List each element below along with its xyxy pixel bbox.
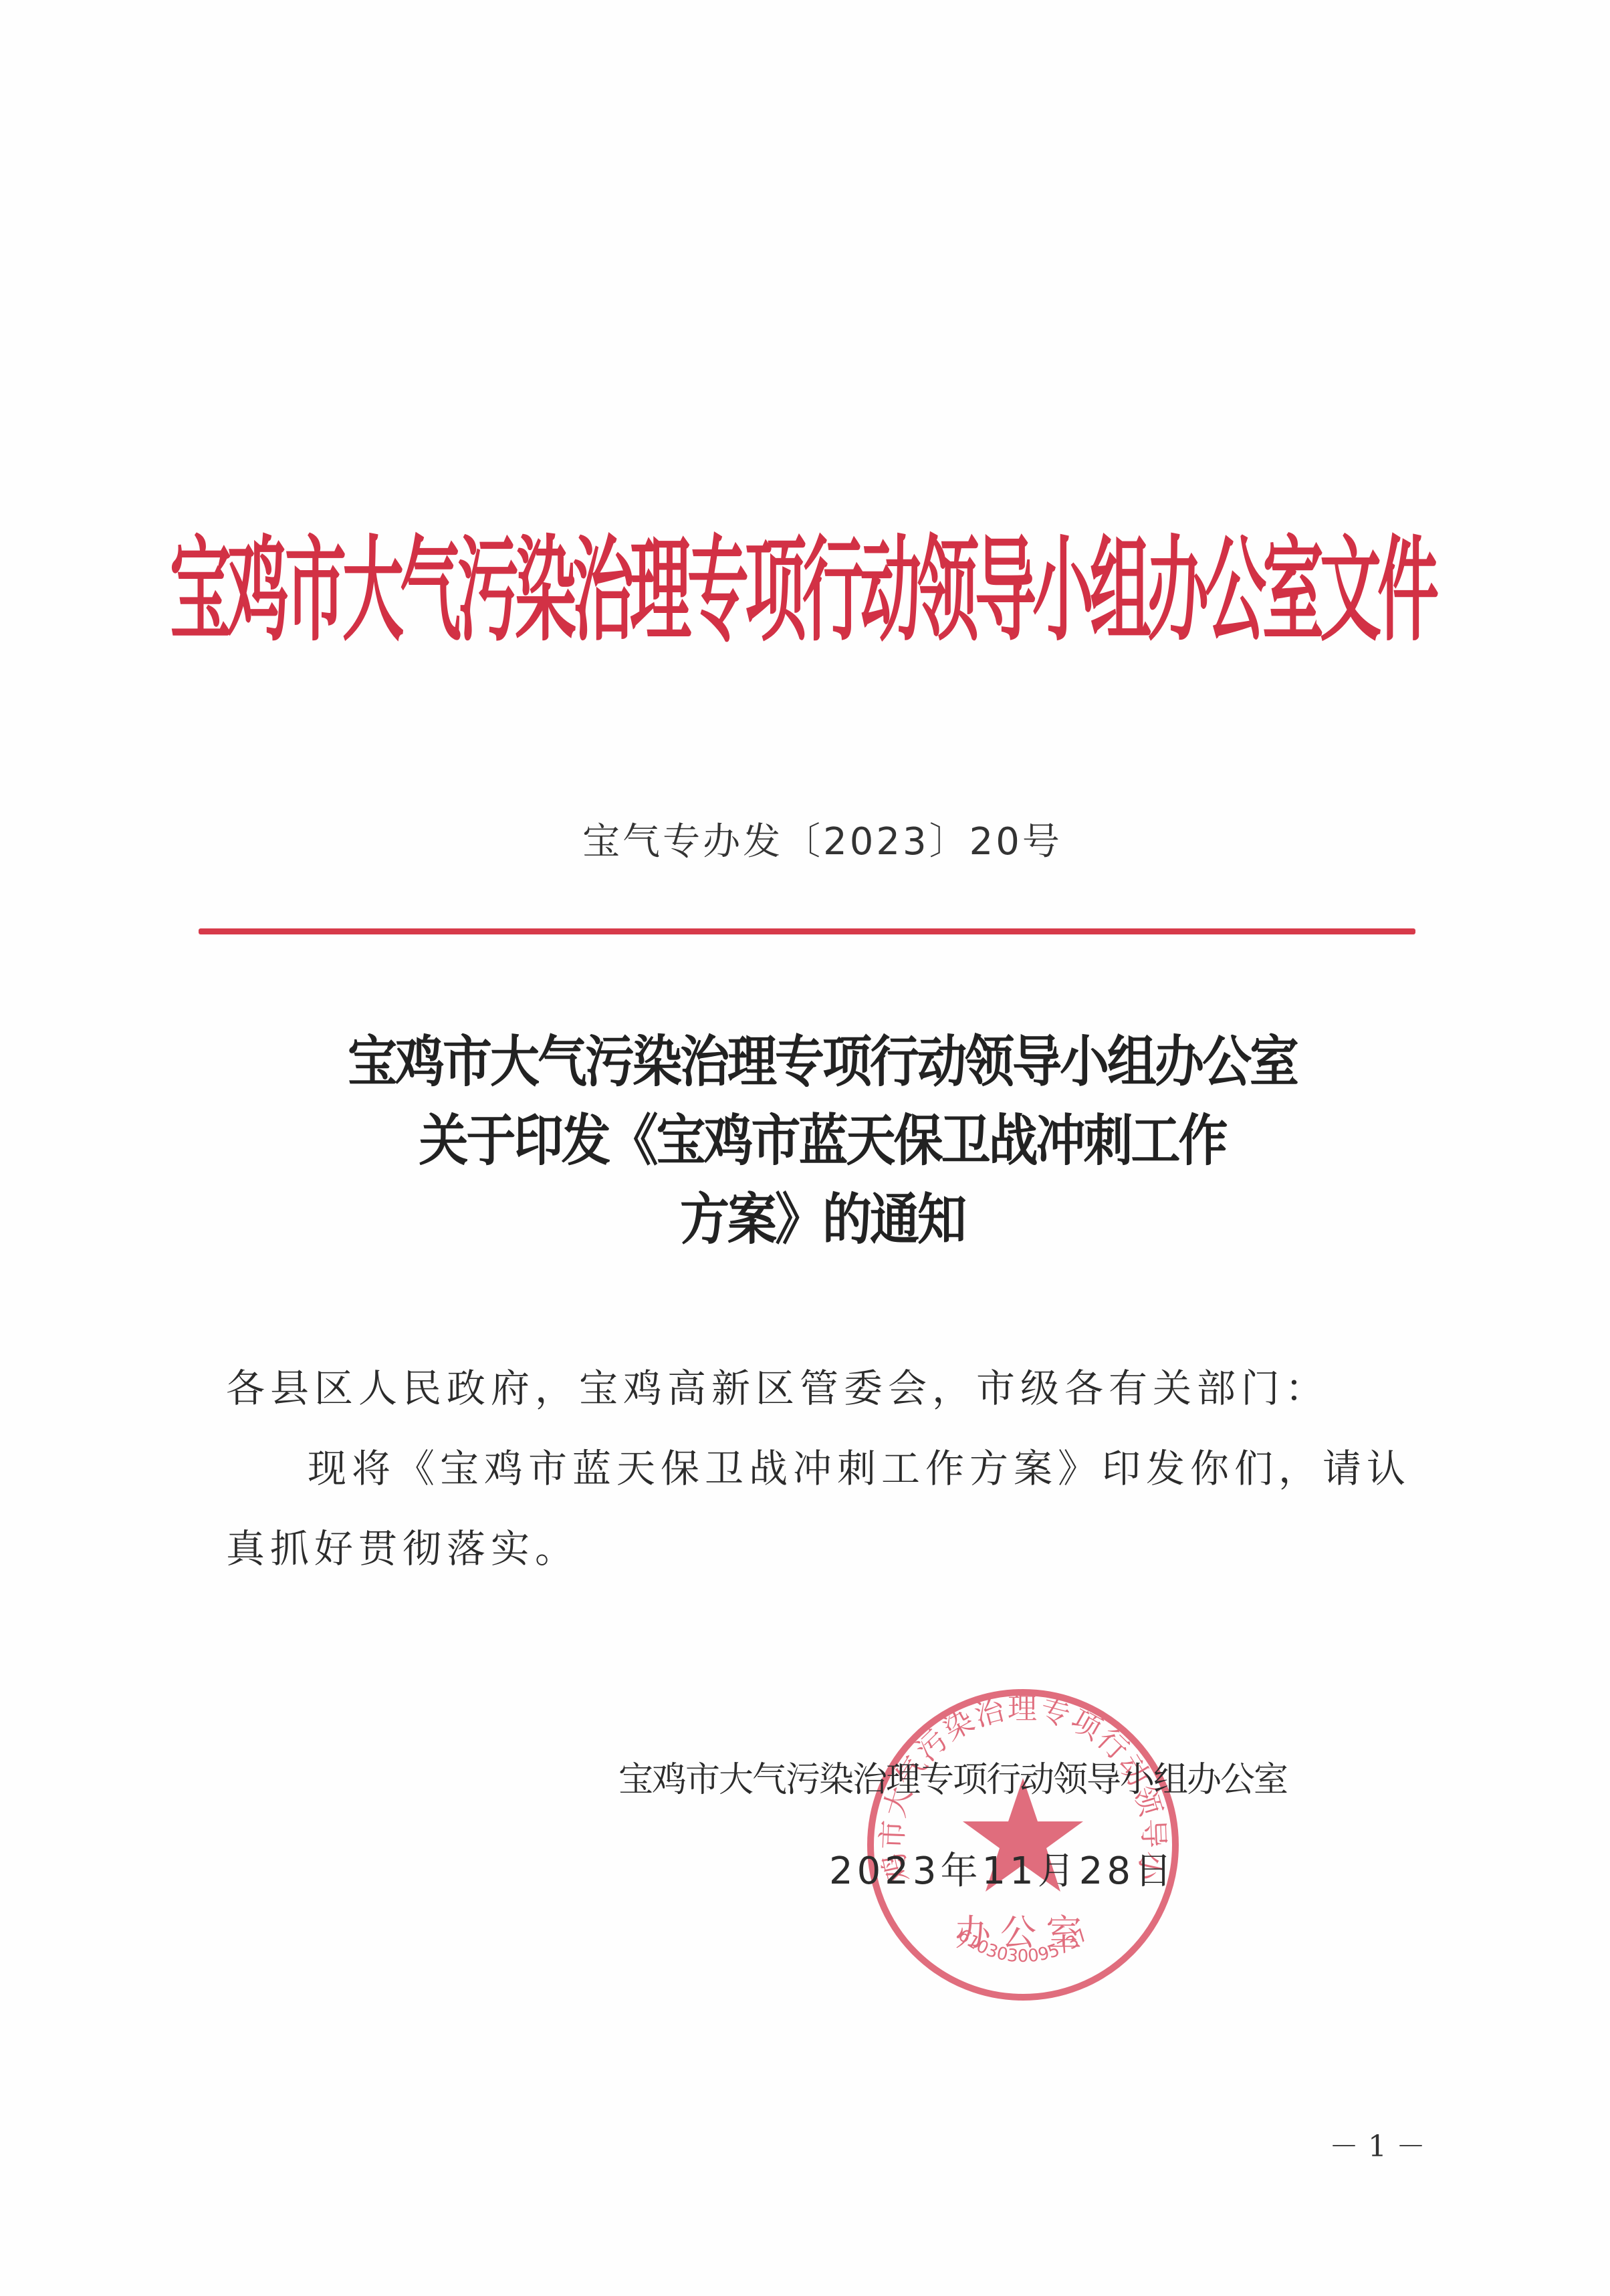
signature-date: 2023年11月28日 [829,1841,1176,1895]
red-divider-line [199,928,1415,934]
title-line: 方案》的通知 [254,1176,1391,1264]
document-title: 宝鸡市大气污染治理专项行动领导小组办公室 关于印发《宝鸡市蓝天保卫战冲刺工作 方… [254,1023,1391,1259]
document-number: 宝气专办发〔2023〕20号 [568,812,1076,866]
title-line: 关于印发《宝鸡市蓝天保卫战冲刺工作 [254,1097,1391,1185]
document-page: 宝鸡市大气污染治理专项行动领导小组办公室文件 宝气专办发〔2023〕20号 宝鸡… [0,0,1610,2296]
issuer-header: 宝鸡市大气污染治理专项行动领导小组办公室文件 [231,414,1374,749]
body-paragraph-continued: 真抓好贯彻落实。 [226,1517,579,1573]
salutation: 各县区人民政府，宝鸡高新区管委会，市级各有关部门： [226,1357,1329,1413]
title-line: 宝鸡市大气污染治理专项行动领导小组办公室 [254,1018,1391,1106]
page-number: － 1 － [1310,2122,1444,2165]
body-paragraph: 现将《宝鸡市蓝天保卫战冲刺工作方案》印发你们，请认 [308,1437,1411,1493]
signature-organization: 宝鸡市大气污染治理专项行动领导小组办公室 [618,1751,1314,1801]
